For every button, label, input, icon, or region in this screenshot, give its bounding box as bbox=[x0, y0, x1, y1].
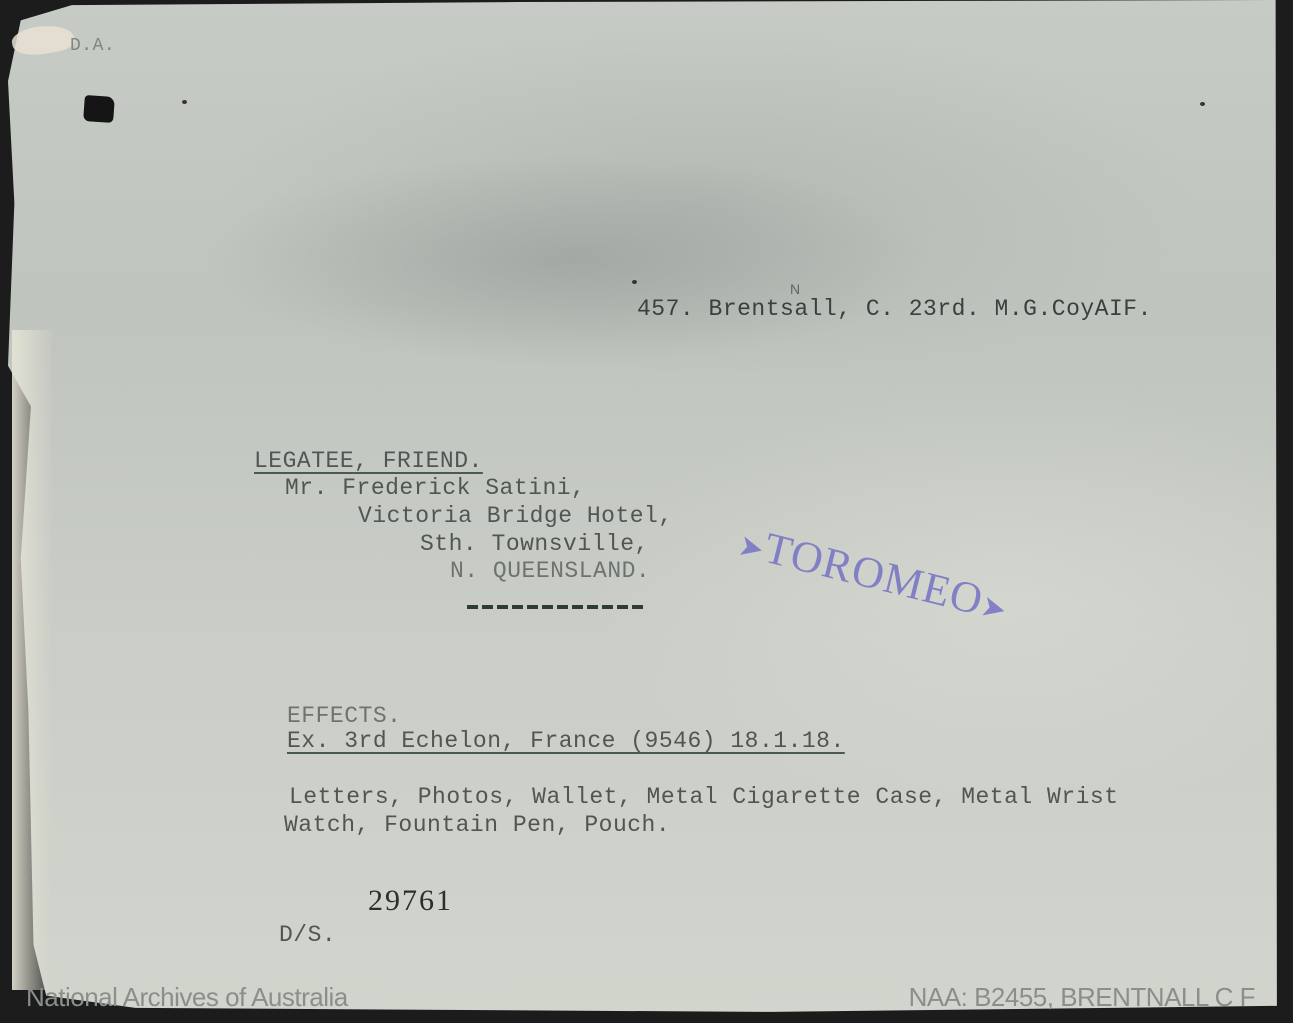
effects-items-line-2: Watch, Fountain Pen, Pouch. bbox=[284, 812, 670, 838]
document-number: 29761 bbox=[368, 884, 453, 918]
effects-heading: EFFECTS. bbox=[287, 703, 401, 729]
address-line-state: N. QUEENSLAND. bbox=[450, 558, 650, 584]
ink-speck bbox=[1200, 102, 1205, 106]
punch-hole bbox=[83, 95, 115, 123]
handwritten-correction: N bbox=[790, 281, 800, 297]
effects-items-line-1: Letters, Photos, Wallet, Metal Cigarette… bbox=[289, 784, 1119, 810]
archive-credit: National Archives of Australia bbox=[26, 982, 348, 1013]
archive-reference: NAA: B2455, BRENTNALL C F bbox=[909, 982, 1255, 1013]
separator-rule bbox=[467, 605, 645, 609]
ink-speck bbox=[182, 100, 187, 104]
corner-mark: D.A. bbox=[70, 36, 115, 56]
ink-speck bbox=[632, 280, 637, 284]
address-line-town: Sth. Townsville, bbox=[420, 531, 649, 557]
legatee-heading: LEGATEE, FRIEND. bbox=[254, 448, 483, 474]
ds-mark: D/S. bbox=[279, 922, 336, 948]
address-line-name: Mr. Frederick Satini, bbox=[285, 475, 585, 501]
address-line-hotel: Victoria Bridge Hotel, bbox=[358, 503, 673, 529]
torn-left-edge bbox=[12, 330, 52, 990]
effects-source-line: Ex. 3rd Echelon, France (9546) 18.1.18. bbox=[287, 728, 845, 754]
service-header-line: 457. Brentsall, C. 23rd. M.G.CoyAIF. bbox=[637, 296, 1152, 322]
